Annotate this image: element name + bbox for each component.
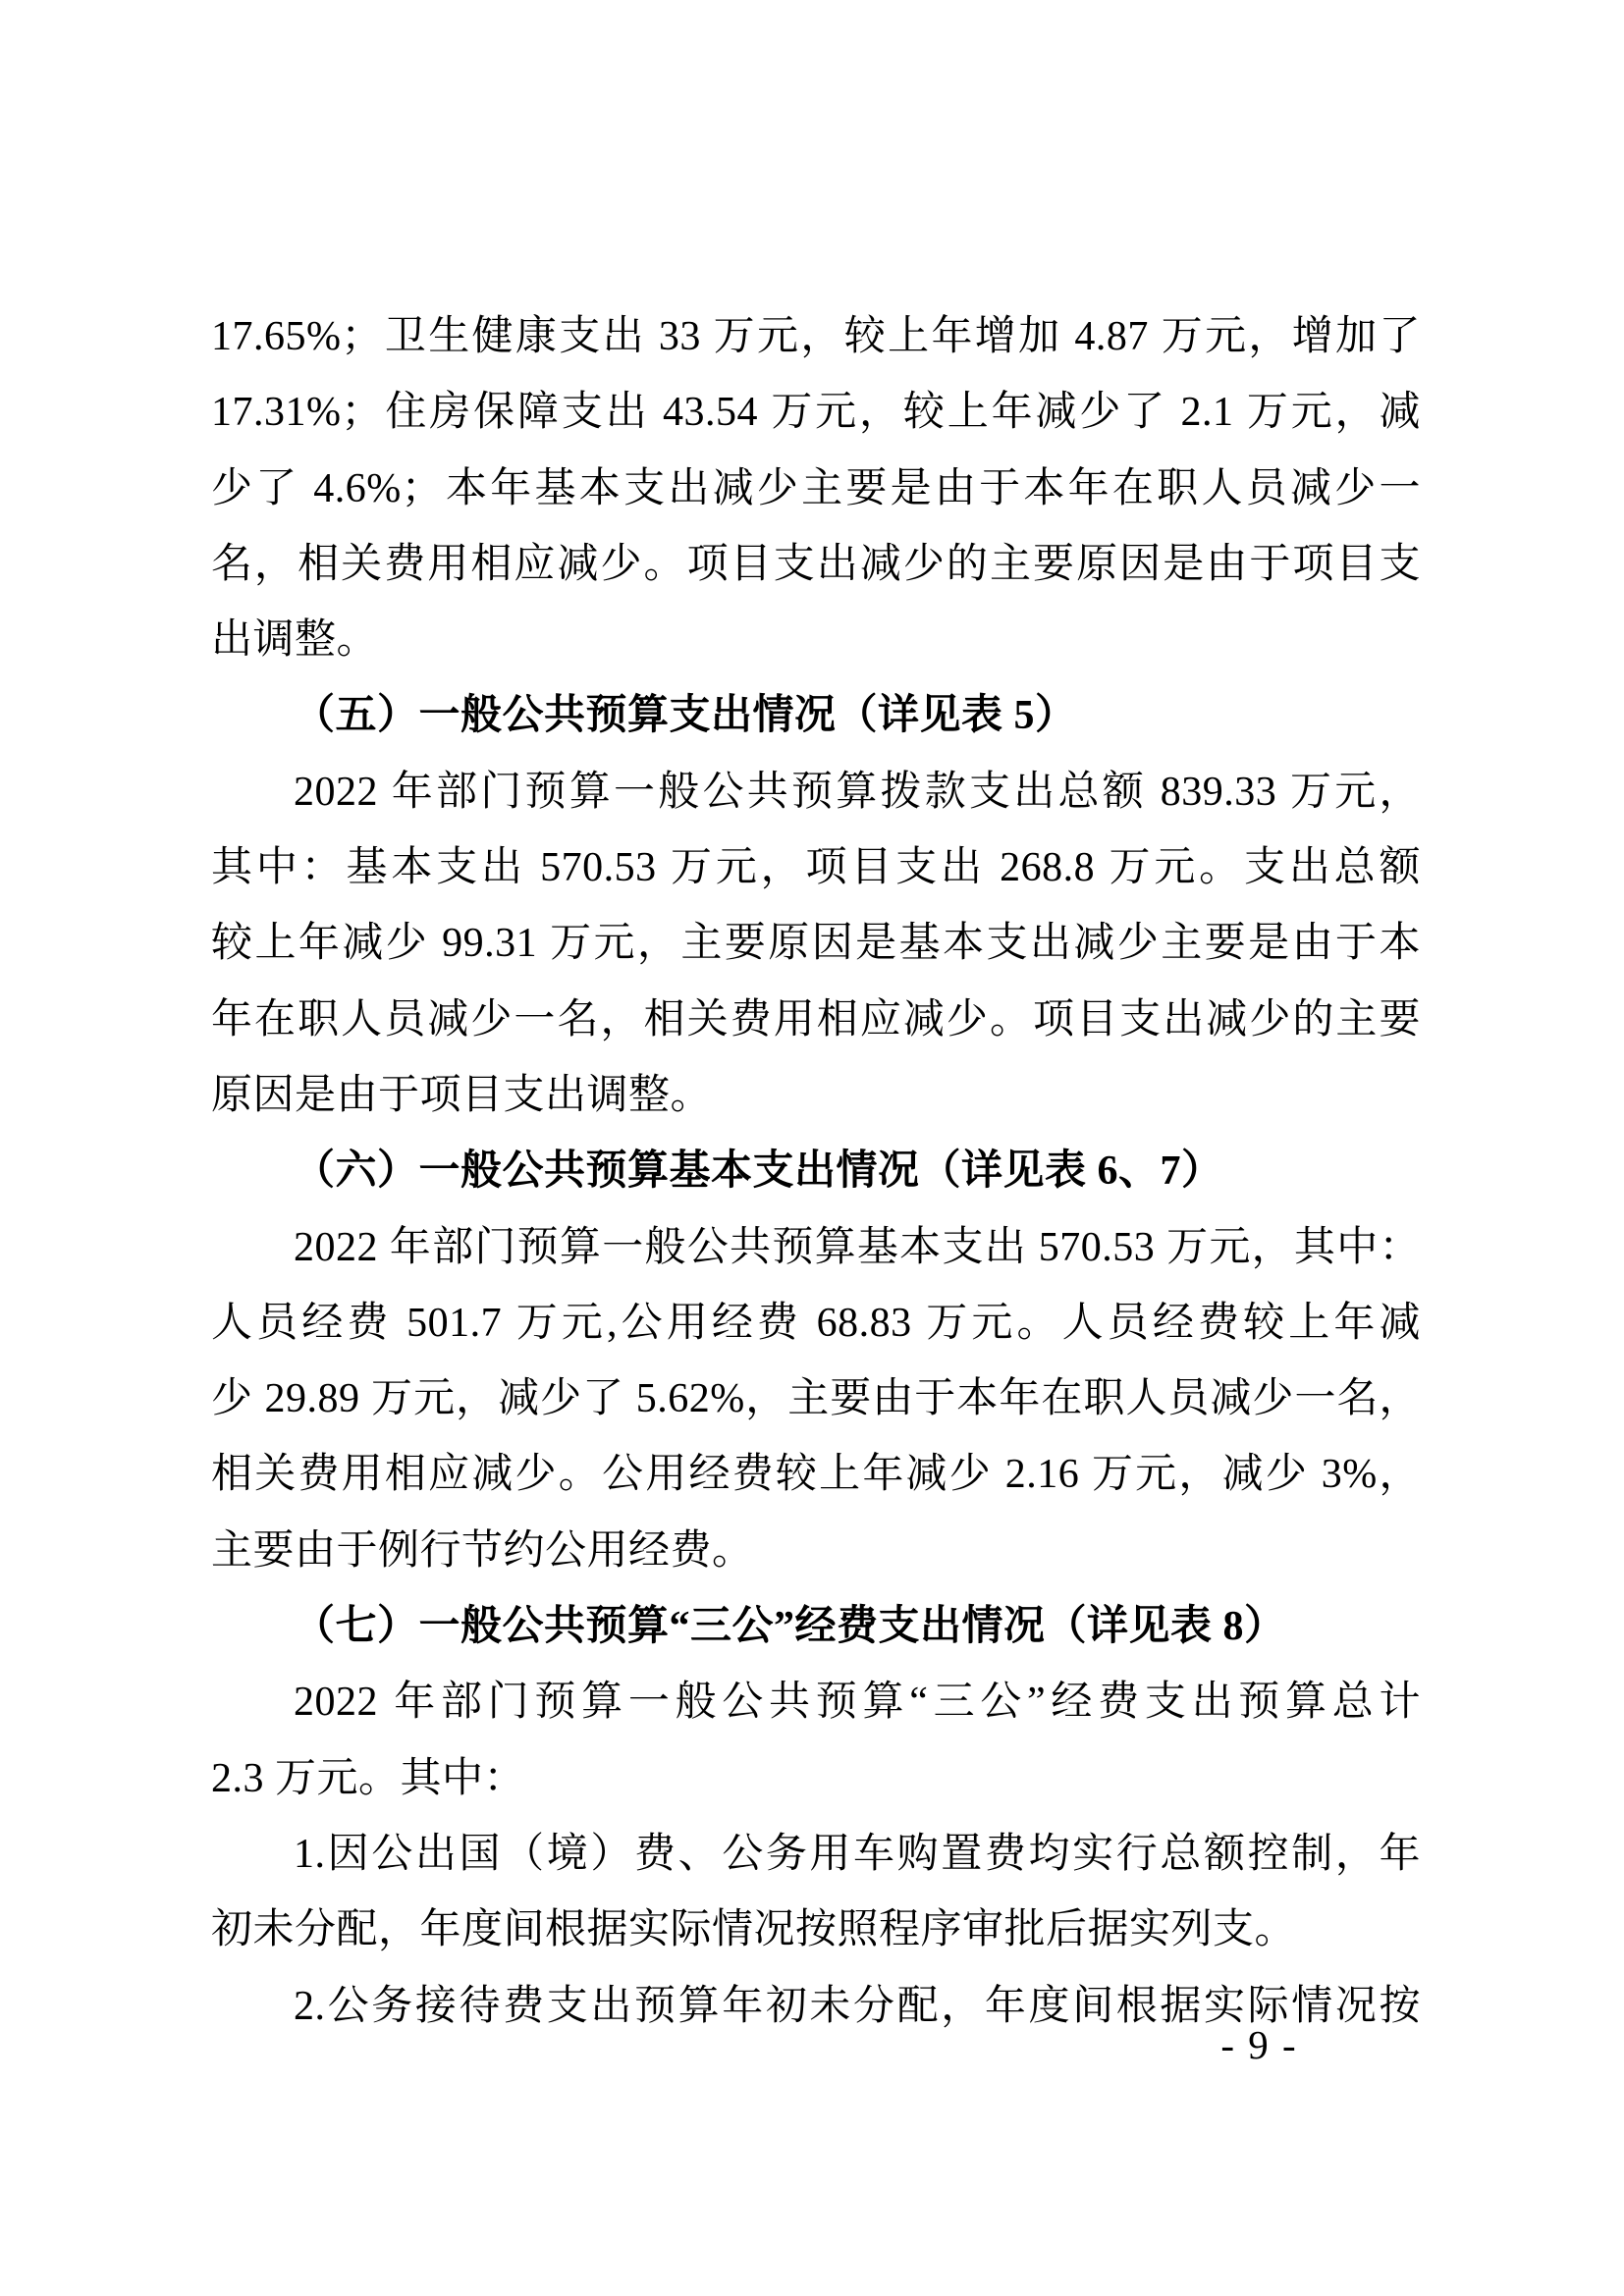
text-line: 初未分配，年度间根据实际情况按照程序审批后据实列支。 xyxy=(211,1893,1421,1968)
text-line: 人员经费 501.7 万元,公用经费 68.83 万元。人员经费较上年减 xyxy=(211,1286,1421,1362)
page-number: - 9 - xyxy=(1173,2020,1345,2069)
section-heading: （六）一般公共预算基本支出情况（详见表 6、7） xyxy=(211,1134,1421,1209)
text-line: 2022 年部门预算一般公共预算“三公”经费支出预算总计 xyxy=(211,1665,1421,1740)
text-line: 少了 4.6%；本年基本支出减少主要是由于本年在职人员减少一 xyxy=(211,452,1421,527)
text-line: 少 29.89 万元，减少了 5.62%，主要由于本年在职人员减少一名， xyxy=(211,1362,1421,1437)
text-line: 较上年减少 99.31 万元，主要原因是基本支出减少主要是由于本 xyxy=(211,906,1421,982)
text-line: 1.因公出国（境）费、公务用车购置费均实行总额控制，年 xyxy=(211,1817,1421,1893)
text-line: 17.31%；住房保障支出 43.54 万元，较上年减少了 2.1 万元，减 xyxy=(211,375,1421,451)
document-page: 17.65%；卫生健康支出 33 万元，较上年增加 4.87 万元，增加了17.… xyxy=(0,0,1624,2296)
text-line: 原因是由于项目支出调整。 xyxy=(211,1058,1421,1134)
text-line: 2022 年部门预算一般公共预算拨款支出总额 839.33 万元， xyxy=(211,755,1421,830)
text-line: 年在职人员减少一名，相关费用相应减少。项目支出减少的主要 xyxy=(211,983,1421,1058)
text-line: 2.3 万元。其中： xyxy=(211,1741,1421,1817)
text-line: 主要由于例行节约公用经费。 xyxy=(211,1514,1421,1589)
section-heading: （七）一般公共预算“三公”经费支出情况（详见表 8） xyxy=(211,1589,1421,1665)
text-line: 相关费用相应减少。公用经费较上年减少 2.16 万元，减少 3%， xyxy=(211,1437,1421,1513)
text-line: 名，相关费用相应减少。项目支出减少的主要原因是由于项目支 xyxy=(211,527,1421,603)
text-line: 出调整。 xyxy=(211,603,1421,678)
section-heading: （五）一般公共预算支出情况（详见表 5） xyxy=(211,678,1421,754)
text-line: 17.65%；卫生健康支出 33 万元，较上年增加 4.87 万元，增加了 xyxy=(211,299,1421,375)
text-line: 2022 年部门预算一般公共预算基本支出 570.53 万元，其中： xyxy=(211,1210,1421,1286)
text-block: 17.65%；卫生健康支出 33 万元，较上年增加 4.87 万元，增加了17.… xyxy=(211,299,1421,2045)
text-line: 其中：基本支出 570.53 万元，项目支出 268.8 万元。支出总额 xyxy=(211,830,1421,906)
